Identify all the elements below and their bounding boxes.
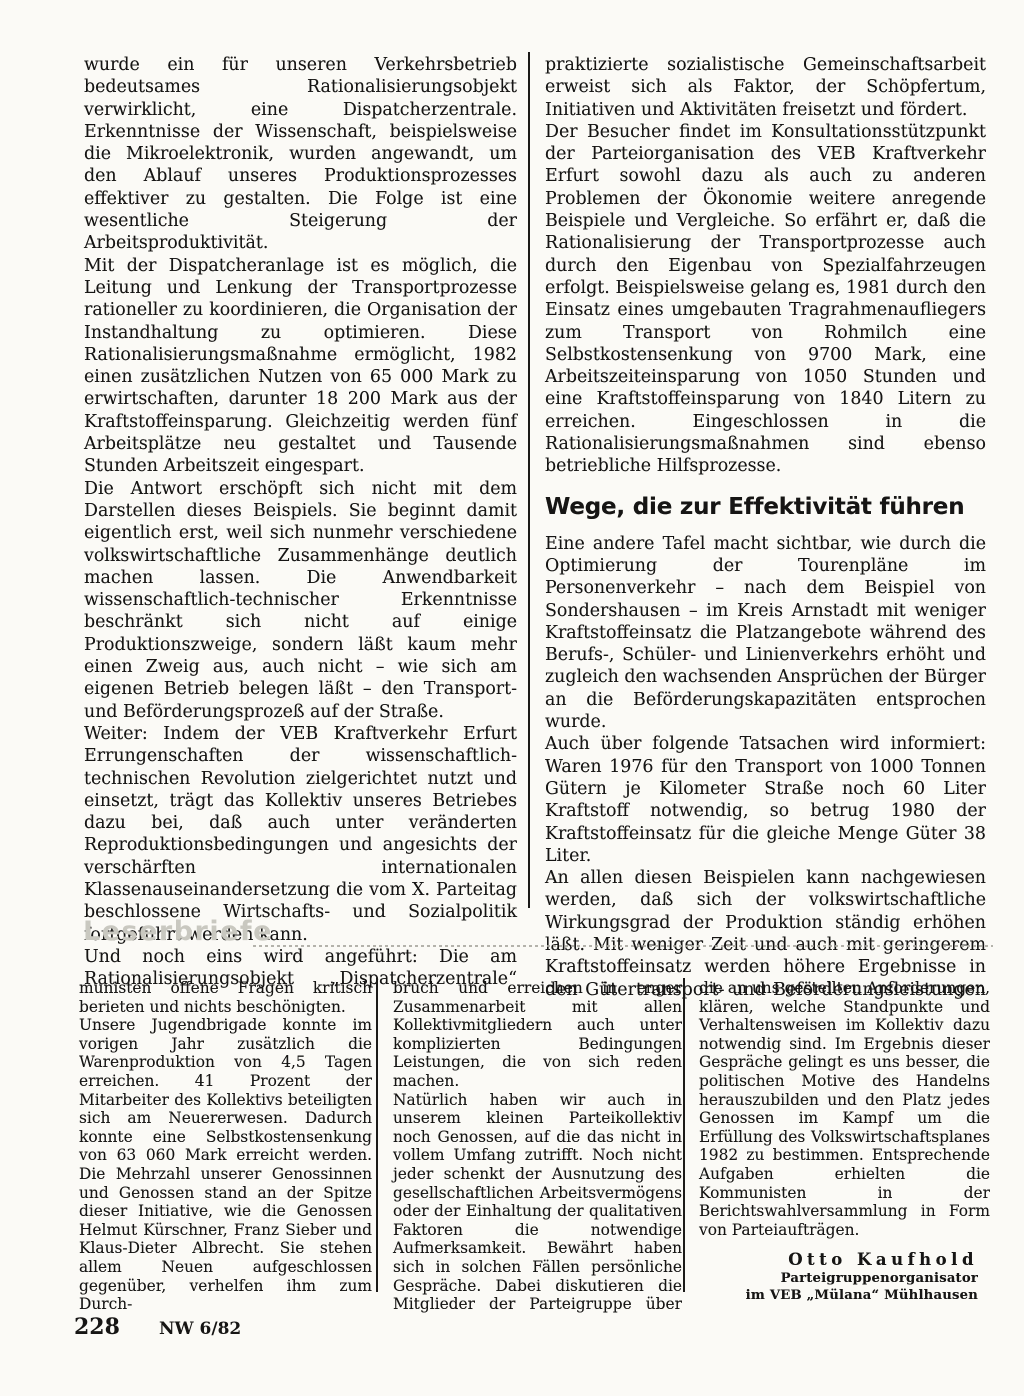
letters-column-1: munisten offene Fragen kritisch berieten… <box>79 979 372 1314</box>
column-divider-rule <box>376 978 378 1292</box>
paragraph: Natürlich haben wir auch in unserem klei… <box>393 1091 682 1314</box>
signature-name: Otto Kaufhold <box>699 1249 978 1271</box>
dotted-divider-rule <box>253 945 993 947</box>
signature-role: Parteigruppenorganisator <box>699 1271 978 1288</box>
signature-organization: im VEB „Mülana“ Mühlhausen <box>699 1288 978 1305</box>
letters-column-2: bruch und erreichen in enger Zusammenarb… <box>393 979 682 1314</box>
paragraph: Unsere Jugendbrigade konnte im vorigen J… <box>79 1016 372 1314</box>
paragraph: munisten offene Fragen kritisch berieten… <box>79 979 372 1016</box>
issue-label: NW 6/82 <box>159 1319 241 1339</box>
article-right-column: praktizierte sozialistische Gemeinschaft… <box>545 54 986 1001</box>
magazine-page: wurde ein für unseren Verkehrsbetrieb be… <box>0 0 1024 1396</box>
leserbriefe-section-label: Leserbriefe <box>83 916 273 947</box>
letters-column-3: die an uns gestellten Anforderungen, klä… <box>699 979 990 1304</box>
column-divider-rule <box>683 978 685 1292</box>
section-heading: Wege, die zur Effektivität führen <box>545 494 986 520</box>
paragraph: bruch und erreichen in enger Zusammenarb… <box>393 979 682 1091</box>
paragraph: wurde ein für unseren Verkehrsbetrieb be… <box>84 54 517 255</box>
paragraph: Weiter: Indem der VEB Kraftverkehr Erfur… <box>84 723 517 946</box>
paragraph: Der Besucher findet im Konsultationsstüt… <box>545 121 986 478</box>
paragraph: die an uns gestellten Anforderungen, klä… <box>699 979 990 1239</box>
paragraph: Eine andere Tafel macht sichtbar, wie du… <box>545 533 986 734</box>
letter-signature: Otto Kaufhold Parteigruppenorganisator i… <box>699 1249 990 1304</box>
column-divider-rule <box>528 52 530 908</box>
article-left-column: wurde ein für unseren Verkehrsbetrieb be… <box>84 54 517 990</box>
paragraph: Mit der Dispatcheranlage ist es möglich,… <box>84 255 517 478</box>
page-number: 228 <box>74 1314 120 1340</box>
paragraph: Die Antwort erschöpft sich nicht mit dem… <box>84 478 517 723</box>
paragraph: praktizierte sozialistische Gemeinschaft… <box>545 54 986 121</box>
paragraph: Auch über folgende Tatsachen wird inform… <box>545 733 986 867</box>
